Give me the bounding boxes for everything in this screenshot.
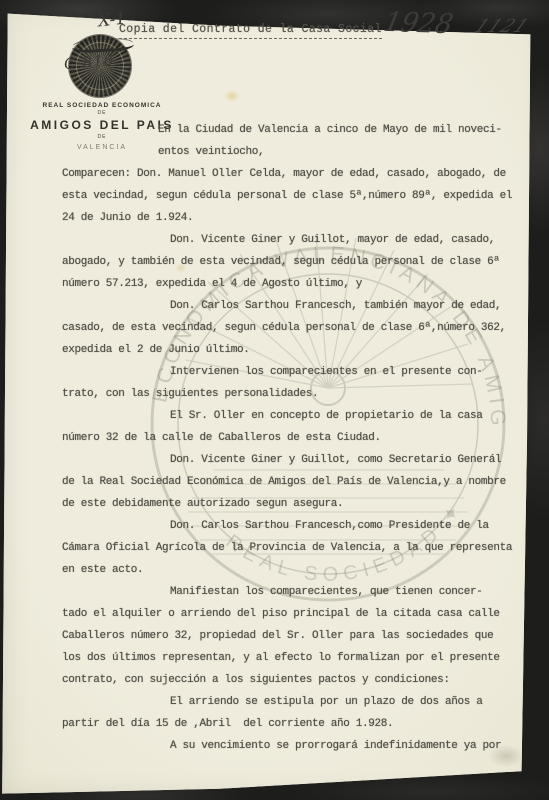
document-line: en este acto. [62, 560, 522, 582]
document-line: Manifiestan los comparecientes, que tien… [62, 582, 522, 604]
document-line: partir del día 15 de ,Abril del corrient… [62, 714, 522, 736]
document-line: Don. Vicente Giner y Guillot, como Secre… [62, 450, 522, 472]
document-line: Comparecen: Don. Manuel Oller Celda, may… [62, 164, 522, 186]
document-line: contrato, con sujección a los siguientes… [62, 670, 522, 692]
document-line: número 32 de la calle de Caballeros de e… [62, 428, 522, 450]
handwritten-folio: 1121 [470, 16, 533, 37]
document-line: A su vencimiento se prorrogará indefinid… [62, 736, 522, 758]
scanned-document-page: ECONOMICA VALENCIANA DE AMIGOS DEL PAIS … [0, 0, 549, 800]
document-line: trato, con las siguientes personalidades… [62, 384, 522, 406]
document-line: Caballeros número 32, propiedad del Sr. … [62, 626, 522, 648]
document-line: entos veintiocho, [62, 142, 522, 164]
document-line: de la Real Sociedad Económica de Amigos … [62, 472, 522, 494]
letterhead-org-line1: REAL SOCIEDAD ECONOMICA [28, 102, 176, 109]
document-line: expedida el 2 de Junio último. [62, 340, 522, 362]
document-line: El Sr. Oller en concepto de propietario … [62, 406, 522, 428]
document-line: abogado, y también de esta vecindad, seg… [62, 252, 522, 274]
document-title: Copia del Contrato de la Casa Social [119, 23, 382, 39]
document-line: de este debidamente autorizado segun ase… [62, 494, 522, 516]
handwritten-year: 1928 [381, 7, 456, 40]
document-line: Intervienen los comparecientes en el pre… [62, 362, 522, 384]
document-line: casado, de esta vecindad, segun cédula p… [62, 318, 522, 340]
document-line: número 57.213, expedida el 4 de Agosto ú… [62, 274, 522, 296]
document-line: Don. Carlos Sarthou Francesch, también m… [62, 296, 522, 318]
document-line: 24 de Junio de 1.924. [62, 208, 522, 230]
document-line: Don. Carlos Sarthou Francesch,como Presi… [62, 516, 522, 538]
document-line: los dos últimos representan, y al efecto… [62, 648, 522, 670]
letterhead-de: DE [28, 111, 176, 117]
document-line: El arriendo se estipula por un plazo de … [62, 692, 522, 714]
document-line: tado el alquiler o arriendo del piso pri… [62, 604, 522, 626]
document-line: esta vecindad, segun cédula personal de … [62, 186, 522, 208]
document-body: En la Ciudad de Valencia a cinco de Mayo… [62, 120, 522, 758]
document-line: Don. Vicente Giner y Guillot, mayor de e… [62, 230, 522, 252]
document-line: Cámara Oficial Agrícola de la Provincia … [62, 538, 522, 560]
document-line: En la Ciudad de Valencia a cinco de Mayo… [62, 120, 522, 142]
